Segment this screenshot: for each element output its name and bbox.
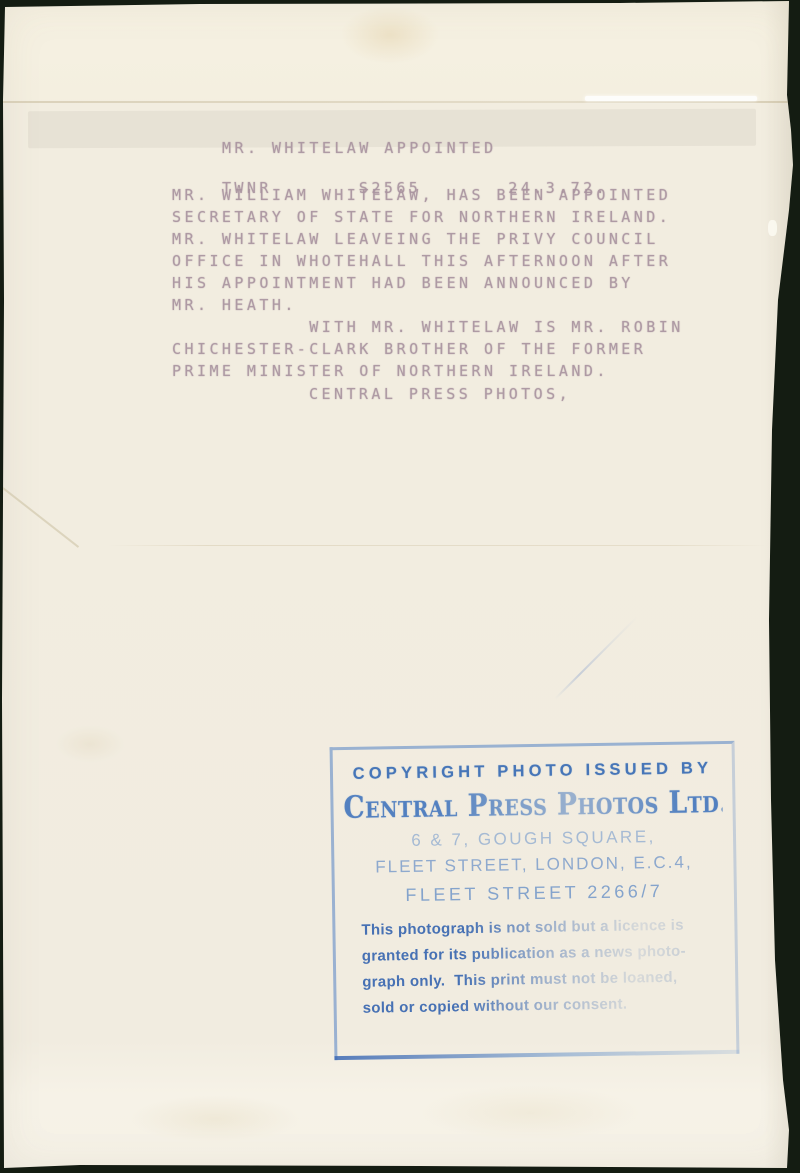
diagonal-crease [3, 487, 80, 547]
mid-crease-line [108, 545, 768, 546]
stamp-content: COPYRIGHT PHOTO ISSUED BY Central Press … [333, 744, 737, 1057]
stain [340, 6, 440, 64]
stain [55, 725, 125, 763]
caption-title: MR. WHITELAW APPOINTED [222, 139, 497, 157]
caption-body-text: MR. WILLIAM WHITELAW, HAS BEEN APPOINTED… [172, 184, 684, 382]
stamp-company-name: Central Press Photos Ltd. [343, 783, 723, 825]
stamp-phone-line: FLEET STREET 2266/7 [335, 880, 734, 907]
paper-edge-shading [764, 0, 794, 1173]
edge-tear-highlight [768, 220, 777, 236]
stamp-conditions-text: This photograph is not sold but a licenc… [361, 912, 726, 1022]
stamp-address-line-2: FLEET STREET, LONDON, E.C.4, [334, 852, 733, 878]
photo-paper-back: MR. WHITELAW APPOINTED TWNRS256524.3.72.… [0, 0, 800, 1173]
blue-smudge-mark [554, 616, 637, 699]
caption-signature: CENTRAL PRESS PHOTOS, [309, 385, 571, 403]
crease-line [0, 101, 800, 103]
copyright-stamp: COPYRIGHT PHOTO ISSUED BY Central Press … [330, 741, 740, 1060]
stain [130, 1095, 300, 1143]
crease-glint [585, 96, 757, 101]
stain [420, 1085, 640, 1140]
stamp-issued-by-line: COPYRIGHT PHOTO ISSUED BY [333, 759, 732, 784]
stamp-address-line-1: 6 & 7, GOUGH SQUARE, [334, 826, 733, 852]
